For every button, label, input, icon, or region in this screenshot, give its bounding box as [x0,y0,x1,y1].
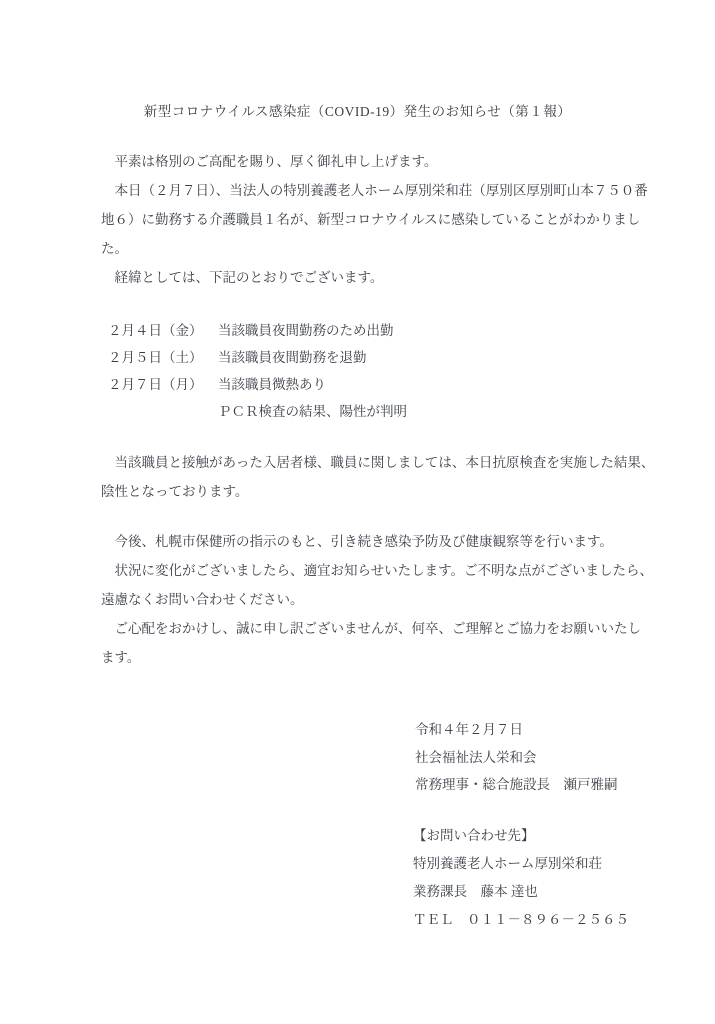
timeline-description: ＰＣＲ検査の結果、陽性が判明 [218,398,407,425]
paragraph-line: ご心配をおかけし、誠に申し訳ございませんが、何卒、ご理解とご協力をお願いいたし [101,614,649,643]
timeline-date: ２月４日（金） [108,317,218,344]
signature-representative: 常務理事・総合施設長 瀬戸雅嗣 [415,771,618,799]
paragraph-line: 平素は格別のご高配を賜り、厚く御礼申し上げます。 [101,147,649,176]
timeline-date: ２月５日（土） [108,344,218,371]
paragraph-line: 経緯としては、下記のとおりでございます。 [101,263,649,292]
paragraph-line: 陰性となっております。 [101,477,649,506]
paragraph-line: 今後、札幌市保健所の指示のもと、引き続き感染予防及び健康観察等を行います。 [101,527,649,556]
document-page: 新型コロナウイルス感染症（COVID-19）発生のお知らせ（第１報） 平素は格別… [0,0,715,1024]
timeline-row: ＰＣＲ検査の結果、陽性が判明 [108,398,407,425]
timeline-row: ２月５日（土） 当該職員夜間勤務を退勤 [108,344,407,371]
intro-paragraphs: 平素は格別のご高配を賜り、厚く御礼申し上げます。 本日（２月７日）、当法人の特別… [101,147,649,292]
contact-facility: 特別養護老人ホーム厚別栄和荘 [413,850,629,878]
signature-date: 令和４年２月７日 [415,716,618,744]
timeline-description: 当該職員夜間勤務を退勤 [218,344,367,371]
timeline-description: 当該職員微熱あり [218,371,326,398]
timeline-list: ２月４日（金） 当該職員夜間勤務のため出勤 ２月５日（土） 当該職員夜間勤務を退… [108,317,407,425]
contact-block: 【お問い合わせ先】 特別養護老人ホーム厚別栄和荘 業務課長 藤本 達也 ＴＥＬ … [413,822,629,934]
signature-block: 令和４年２月７日 社会福祉法人栄和会 常務理事・総合施設長 瀬戸雅嗣 [415,716,618,799]
contact-person: 業務課長 藤本 達也 [413,878,629,906]
paragraph-line: 本日（２月７日）、当法人の特別養護老人ホーム厚別栄和荘（厚別区厚別町山本７５０番 [101,176,649,205]
test-result-paragraph: 当該職員と接触があった入居者様、職員に関しましては、本日抗原検査を実施した結果、… [101,448,649,506]
timeline-date [108,398,218,425]
timeline-date: ２月７日（月） [108,371,218,398]
timeline-row: ２月４日（金） 当該職員夜間勤務のため出勤 [108,317,407,344]
paragraph-line: 遠慮なくお問い合わせください。 [101,585,649,614]
contact-heading: 【お問い合わせ先】 [413,822,629,850]
signature-organization: 社会福祉法人栄和会 [415,744,618,772]
paragraph-line: 地６）に勤務する介護職員１名が、新型コロナウイルスに感染していることがわかりまし [101,205,649,234]
paragraph-line: 当該職員と接触があった入居者様、職員に関しましては、本日抗原検査を実施した結果、 [101,448,649,477]
closing-paragraphs: 今後、札幌市保健所の指示のもと、引き続き感染予防及び健康観察等を行います。 状況… [101,527,649,672]
paragraph-line: た。 [101,234,649,263]
timeline-description: 当該職員夜間勤務のため出勤 [218,317,394,344]
document-title: 新型コロナウイルス感染症（COVID-19）発生のお知らせ（第１報） [0,100,715,120]
paragraph-line: 状況に変化がございましたら、適宜お知らせいたします。ご不明な点がございましたら、 [101,556,649,585]
contact-phone: ＴＥＬ ０１１－８９６－２５６５ [413,906,629,934]
paragraph-line: ます。 [101,643,649,672]
timeline-row: ２月７日（月） 当該職員微熱あり [108,371,407,398]
